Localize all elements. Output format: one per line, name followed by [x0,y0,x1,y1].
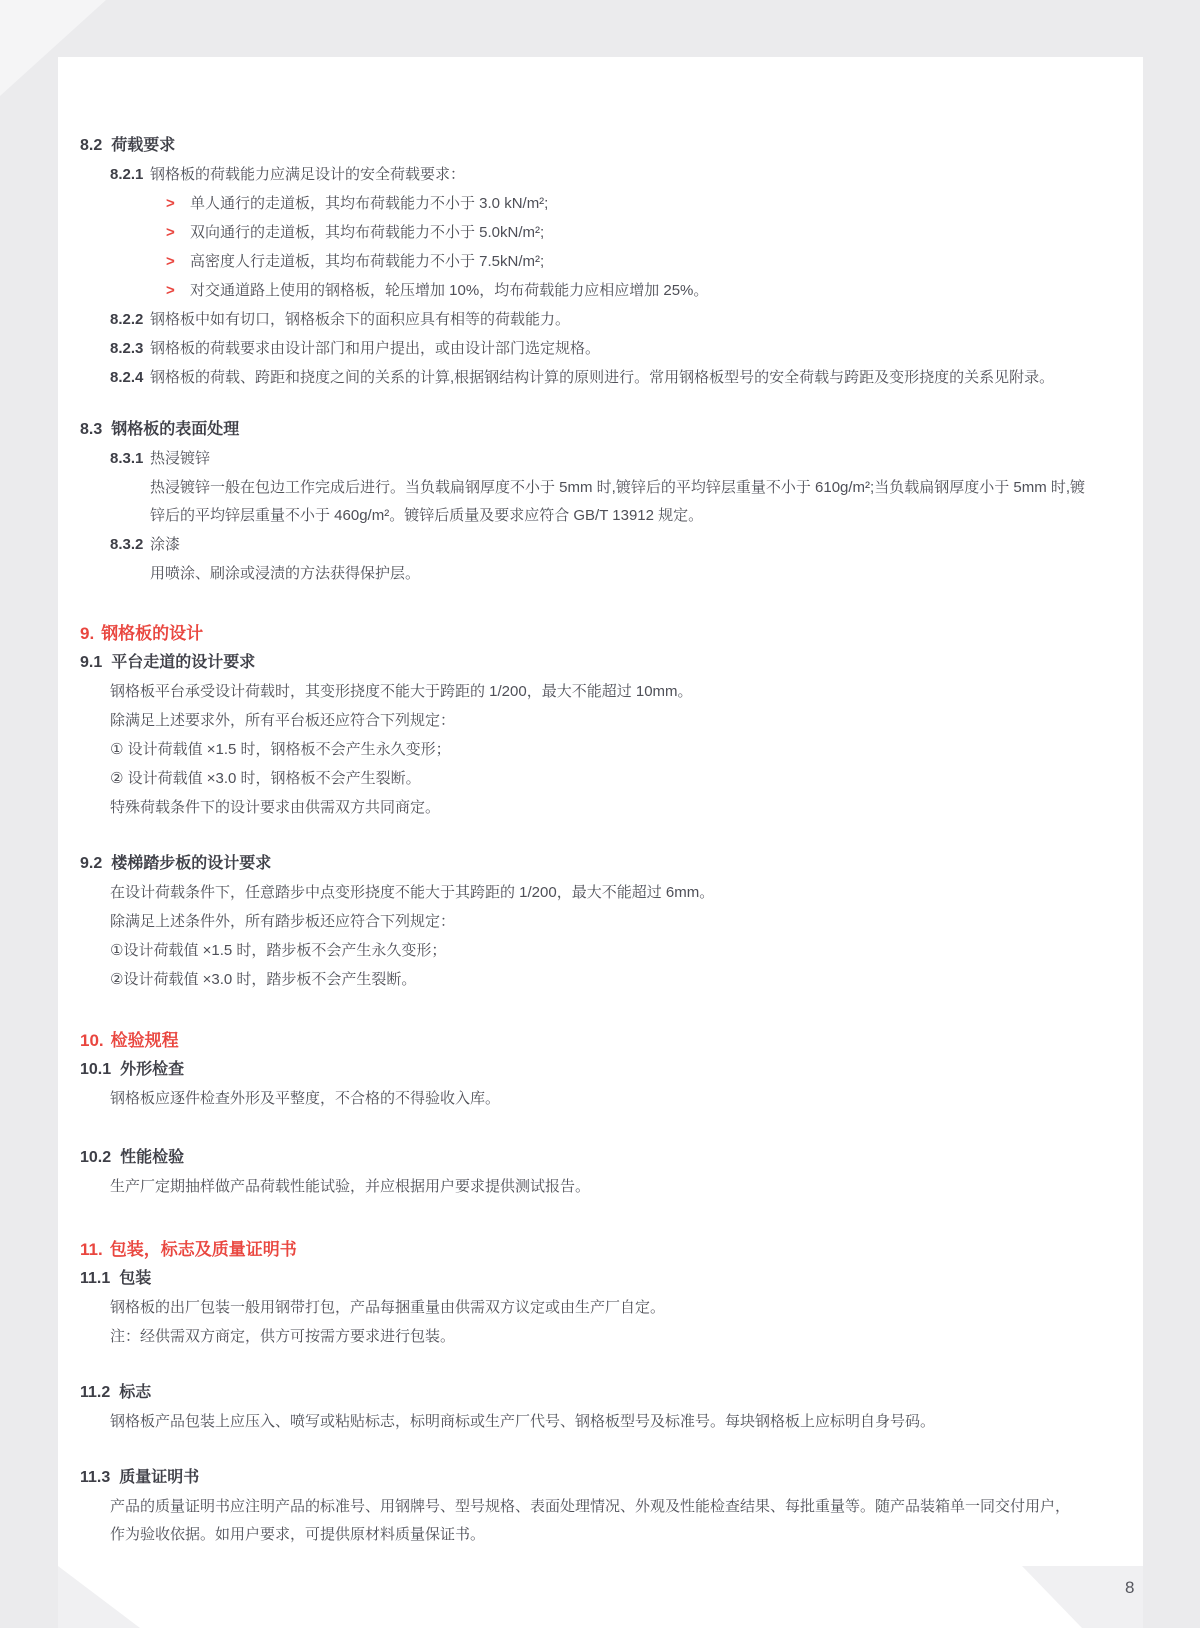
heading-title: 检验规程 [111,1031,179,1050]
heading-title: 质量证明书 [119,1469,199,1486]
subsection-heading: 10.2性能检验 [0,1144,1200,1172]
document-page: { "page": { "number": "8" }, "bullet_gly… [0,0,1200,1628]
chapter-heading: 11.包装，标志及质量证明书 [0,1236,1200,1264]
bullet-text: 对交通道路上使用的钢格板，轮压增加 10%，均布荷载能力应相应增加 25%。 [190,277,1110,305]
clause-item: 8.2.3钢格板的荷载要求由设计部门和用户提出，或由设计部门选定规格。 [0,335,1200,363]
clause-text: 钢格板的荷载要求由设计部门和用户提出，或由设计部门选定规格。 [150,335,1140,363]
subsection-heading: 8.2荷载要求 [0,132,1200,160]
clause-number: 8.2.4 [110,364,150,392]
clause-text: 钢格板的荷载、跨距和挠度之间的关系的计算,根据钢结构计算的原则进行。常用钢格板型… [150,364,1140,392]
subsection-heading: 11.3质量证明书 [0,1464,1200,1492]
clause-number: 8.2.3 [110,335,150,363]
paragraph: 除满足上述要求外，所有平台板还应符合下列规定： [0,707,1200,735]
bullet-arrow-icon: > [166,277,190,305]
clause-number: 8.3.1 [110,445,150,473]
clause-text: 涂漆 [150,531,1140,559]
indented-paragraph: 热浸镀锌一般在包边工作完成后进行。当负载扁钢厚度不小于 5mm 时,镀锌后的平均… [0,474,1200,530]
heading-number: 11.1 [80,1270,110,1287]
heading-title: 钢格板的表面处理 [111,421,239,438]
heading-title: 钢格板的设计 [101,624,203,643]
clause-item: 8.2.1钢格板的荷载能力应满足设计的安全荷载要求： [0,161,1200,189]
heading-title: 包装，标志及质量证明书 [110,1240,297,1259]
page-number: 8 [1125,1578,1134,1598]
paragraph: ② 设计荷载值 ×3.0 时，钢格板不会产生裂断。 [0,765,1200,793]
clause-text: 钢格板的荷载能力应满足设计的安全荷载要求： [150,161,1140,189]
heading-number: 9.2 [80,855,102,872]
subsection-heading: 11.2标志 [0,1379,1200,1407]
subsection-heading: 9.2楼梯踏步板的设计要求 [0,850,1200,878]
clause-item: 8.3.2涂漆 [0,531,1200,559]
clause-number: 8.3.2 [110,531,150,559]
bullet-item: >对交通道路上使用的钢格板，轮压增加 10%，均布荷载能力应相应增加 25%。 [0,277,1200,305]
paragraph: 在设计荷载条件下，任意踏步中点变形挠度不能大于其跨距的 1/200，最大不能超过… [0,879,1200,907]
paragraph: 钢格板应逐件检查外形及平整度，不合格的不得验收入库。 [0,1085,1200,1113]
bullet-arrow-icon: > [166,219,190,247]
paragraph: ②设计荷载值 ×3.0 时，踏步板不会产生裂断。 [0,966,1200,994]
paragraph: 生产厂定期抽样做产品荷载性能试验，并应根据用户要求提供测试报告。 [0,1173,1200,1201]
clause-text: 热浸镀锌 [150,445,1140,473]
paragraph: 产品的质量证明书应注明产品的标准号、用钢牌号、型号规格、表面处理情况、外观及性能… [0,1493,1200,1549]
heading-title: 外形检查 [120,1061,184,1078]
bullet-text: 高密度人行走道板，其均布荷载能力不小于 7.5kN/m²; [190,248,1110,276]
paragraph: ① 设计荷载值 ×1.5 时，钢格板不会产生永久变形； [0,736,1200,764]
subsection-heading: 10.1外形检查 [0,1056,1200,1084]
chapter-heading: 9.钢格板的设计 [0,620,1200,648]
paragraph: 钢格板的出厂包装一般用钢带打包，产品每捆重量由供需双方议定或由生产厂自定。 [0,1294,1200,1322]
bullet-text: 单人通行的走道板，其均布荷载能力不小于 3.0 kN/m²; [190,190,1110,218]
heading-number: 9. [80,624,94,643]
bullet-item: >单人通行的走道板，其均布荷载能力不小于 3.0 kN/m²; [0,190,1200,218]
subsection-heading: 11.1包装 [0,1265,1200,1293]
page-content: 8.2荷载要求8.2.1钢格板的荷载能力应满足设计的安全荷载要求：>单人通行的走… [0,0,1200,1628]
subsection-heading: 8.3钢格板的表面处理 [0,416,1200,444]
heading-number: 8.3 [80,421,102,438]
heading-title: 平台走道的设计要求 [111,654,255,671]
paragraph: ①设计荷载值 ×1.5 时，踏步板不会产生永久变形； [0,937,1200,965]
clause-item: 8.3.1热浸镀锌 [0,445,1200,473]
heading-title: 楼梯踏步板的设计要求 [111,855,271,872]
paragraph: 特殊荷载条件下的设计要求由供需双方共同商定。 [0,794,1200,822]
paragraph: 除满足上述条件外，所有踏步板还应符合下列规定： [0,908,1200,936]
heading-number: 9.1 [80,654,102,671]
heading-number: 11.2 [80,1384,110,1401]
bullet-item: >双向通行的走道板，其均布荷载能力不小于 5.0kN/m²; [0,219,1200,247]
subsection-heading: 9.1平台走道的设计要求 [0,649,1200,677]
clause-number: 8.2.1 [110,161,150,189]
paragraph: 钢格板平台承受设计荷载时，其变形挠度不能大于跨距的 1/200，最大不能超过 1… [0,678,1200,706]
bullet-arrow-icon: > [166,248,190,276]
heading-number: 11.3 [80,1469,110,1486]
bullet-arrow-icon: > [166,190,190,218]
heading-title: 荷载要求 [111,137,175,154]
clause-item: 8.2.2钢格板中如有切口，钢格板余下的面积应具有相等的荷载能力。 [0,306,1200,334]
bullet-item: >高密度人行走道板，其均布荷载能力不小于 7.5kN/m²; [0,248,1200,276]
bullet-text: 双向通行的走道板，其均布荷载能力不小于 5.0kN/m²; [190,219,1110,247]
heading-number: 11. [80,1240,103,1259]
clause-text: 钢格板中如有切口，钢格板余下的面积应具有相等的荷载能力。 [150,306,1140,334]
heading-number: 10.2 [80,1149,111,1166]
paragraph: 注：经供需双方商定，供方可按需方要求进行包装。 [0,1323,1200,1351]
heading-title: 标志 [119,1384,151,1401]
clause-number: 8.2.2 [110,306,150,334]
clause-item: 8.2.4钢格板的荷载、跨距和挠度之间的关系的计算,根据钢结构计算的原则进行。常… [0,364,1200,392]
chapter-heading: 10.检验规程 [0,1027,1200,1055]
heading-number: 8.2 [80,137,102,154]
heading-title: 性能检验 [120,1149,184,1166]
indented-paragraph: 用喷涂、刷涂或浸渍的方法获得保护层。 [0,560,1200,588]
paragraph: 钢格板产品包装上应压入、喷写或粘贴标志，标明商标或生产厂代号、钢格板型号及标准号… [0,1408,1200,1436]
heading-number: 10. [80,1031,104,1050]
heading-title: 包装 [119,1270,151,1287]
heading-number: 10.1 [80,1061,111,1078]
